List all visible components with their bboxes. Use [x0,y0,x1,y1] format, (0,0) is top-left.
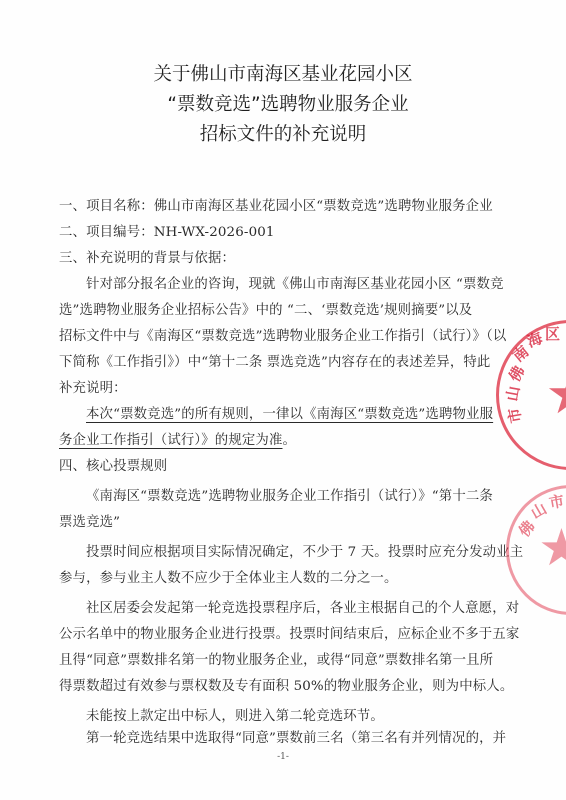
paragraph-line: 补充说明： [59,376,509,402]
paragraph-line: 投票时间应根据项目实际情况确定，不少于 7 天。投票时应充分发动业主 [59,540,509,566]
underlined-rule-statement: 本次“票数竞选”的所有规则，一律以《南海区“票数竞选”选聘物业服 务企业工作指引… [59,402,509,454]
paragraph-line: 招标文件中与《南海区“票数竞选”选聘物业服务企业工作指引（试行）》（以 [59,324,509,350]
paragraph-line: 《南海区“票数竞选”选聘物业服务企业工作指引（试行）》“第十二条 [59,484,509,510]
title-line-1: 关于佛山市南海区基业花园小区 [0,60,566,90]
title-line-2: “票数竞选”选聘物业服务企业 [0,90,566,120]
second-round-note: 未能按上款定出中标人，则进入第二轮竞选环节。 [59,704,509,726]
paragraph-line: 参与，参与业主人数不应少于全体业主人数的二分之一。 [59,566,509,592]
paragraph-line: 社区居委会发起第一轮竞选投票程序后，各业主根据自己的个人意愿，对 [59,596,509,622]
project-name: 一、项目名称：佛山市南海区基业花园小区“票数竞选”选聘物业服务企业 [59,194,509,220]
section-heading-voting-rules: 四、核心投票规则 [59,454,509,480]
paragraph-line: 针对部分报名企业的咨询，现就《佛山市南海区基业花园小区 “票数竞 [59,272,509,298]
voting-time-paragraph: 投票时间应根据项目实际情况确定，不少于 7 天。投票时应充分发动业主 参与，参与… [59,540,509,592]
guideline-reference: 《南海区“票数竞选”选聘物业服务企业工作指引（试行）》“第十二条 票选竞选” [59,484,509,536]
paragraph-line: 票选竞选” [59,510,509,536]
paragraph-line: 得票数超过有效参与票权数及专有面积 50%的物业服务企业，则为中标人。 [59,674,509,700]
top-three-paragraph: 第一轮竞选结果中选取得“同意”票数前三名（第三名有并列情况的，并 [59,726,509,752]
document-title: 关于佛山市南海区基业花园小区 “票数竞选”选聘物业服务企业 招标文件的补充说明 [0,60,566,150]
paragraph-line: 下简称《工作指引》）中“第十二条 票选竞选”内容存在的表述差异，特此 [59,350,509,376]
document-page: 关于佛山市南海区基业花园小区 “票数竞选”选聘物业服务企业 招标文件的补充说明 … [0,0,566,800]
official-seal-upper: 佛 山 市 南 海 区 [496,320,566,470]
document-body: 一、项目名称：佛山市南海区基业花园小区“票数竞选”选聘物业服务企业 二、项目编号… [59,194,509,752]
period: 。 [283,433,297,448]
underlined-text: 务企业工作指引（试行）》的规定为准 [59,433,283,448]
paragraph-line: 选”选聘物业服务企业招标公告》中的 “二、‘票数竞选’规则摘要”以及 [59,298,509,324]
paragraph-line: 公示名单中的物业服务企业进行投票。投票时间结束后，应标企业不多于五家 [59,622,509,648]
project-number: 二、项目编号：NH-WX-2026-001 [59,220,509,246]
first-round-paragraph: 社区居委会发起第一轮竞选投票程序后，各业主根据自己的个人意愿，对 公示名单中的物… [59,596,509,700]
section-heading-background: 三、补充说明的背景与依据： [59,246,509,272]
paragraph-line: 且得“同意”票数排名第一的物业服务企业，或得“同意”票数排名第一且所 [59,648,509,674]
title-line-3: 招标文件的补充说明 [0,120,566,150]
underlined-text: 本次“票数竞选”的所有规则，一律以《南海区“票数竞选”选聘物业服 [86,407,493,422]
background-paragraph: 针对部分报名企业的咨询，现就《佛山市南海区基业花园小区 “票数竞 选”选聘物业服… [59,272,509,402]
official-seal-lower: 佛 山 市 南 [506,485,566,615]
page-number: -1- [0,752,566,762]
